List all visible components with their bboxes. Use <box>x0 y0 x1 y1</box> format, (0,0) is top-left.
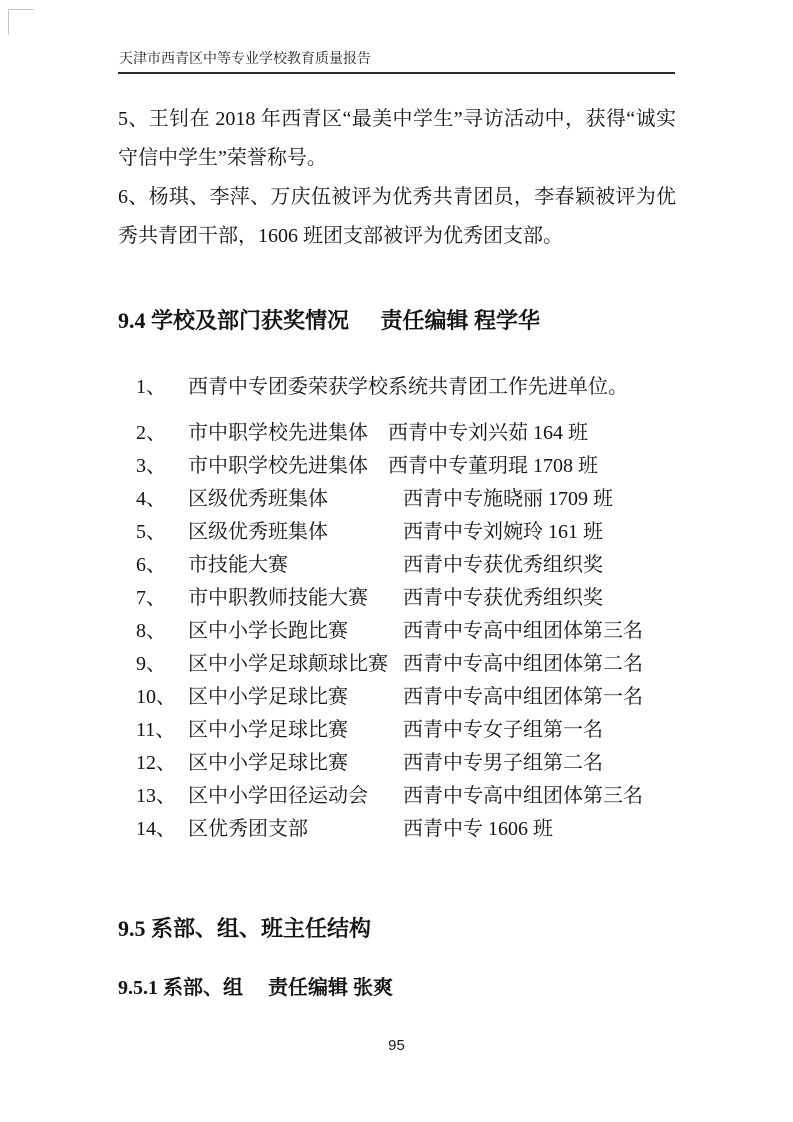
paragraph-item-5: 5、王钊在 2018 年西青区“最美中学生”寻访活动中，获得“诚实守信中学生”荣… <box>118 100 676 178</box>
section-9-5-1-heading: 9.5.1 系部、组 责任编辑 张爽 <box>118 974 393 1003</box>
body-paragraphs: 5、王钊在 2018 年西青区“最美中学生”寻访活动中，获得“诚实守信中学生”荣… <box>118 100 676 256</box>
section-9-4-title: 9.4 学校及部门获奖情况 <box>118 308 349 333</box>
award-name: 区中小学足球比赛 <box>188 681 403 714</box>
award-row: 3、 市中职学校先进集体 西青中专董玥琨 1708 班 <box>136 450 696 483</box>
award-name: 区中小学长跑比赛 <box>188 615 403 648</box>
award-row: 13、 区中小学田径运动会 西青中专高中组团体第三名 <box>136 780 696 813</box>
award-number: 2、 <box>136 417 188 450</box>
award-name: 区级优秀班集体 <box>188 516 403 549</box>
award-number: 1、 <box>136 371 188 404</box>
award-name: 西青中专团委荣获学校系统共青团工作先进单位。 <box>188 371 696 404</box>
section-9-5-heading: 9.5 系部、组、班主任结构 <box>118 913 371 944</box>
award-recipient: 西青中专董玥琨 1708 班 <box>388 450 696 483</box>
award-name: 市中职教师技能大赛 <box>188 582 403 615</box>
award-recipient: 西青中专男子组第二名 <box>403 747 696 780</box>
award-number: 3、 <box>136 450 188 483</box>
award-row: 14、 区优秀团支部 西青中专 1606 班 <box>136 813 696 846</box>
award-row: 6、 市技能大赛 西青中专获优秀组织奖 <box>136 549 696 582</box>
section-9-4-heading: 9.4 学校及部门获奖情况 责任编辑 程学华 <box>118 305 540 336</box>
award-number: 14、 <box>136 813 188 846</box>
award-number: 10、 <box>136 681 188 714</box>
award-number: 4、 <box>136 483 188 516</box>
header-rule <box>118 72 675 74</box>
award-row: 9、 区中小学足球颠球比赛 西青中专高中组团体第二名 <box>136 648 696 681</box>
award-name: 区中小学足球比赛 <box>188 747 403 780</box>
award-name: 市中职学校先进集体 <box>188 450 388 483</box>
award-recipient: 西青中专刘婉玲 161 班 <box>403 516 696 549</box>
award-name: 市技能大赛 <box>188 549 403 582</box>
award-number: 12、 <box>136 747 188 780</box>
award-recipient: 西青中专高中组团体第三名 <box>403 615 696 648</box>
award-row: 1、 西青中专团委荣获学校系统共青团工作先进单位。 <box>136 371 696 404</box>
page-number: 95 <box>388 1037 405 1054</box>
award-row: 12、 区中小学足球比赛 西青中专男子组第二名 <box>136 747 696 780</box>
award-row: 4、 区级优秀班集体 西青中专施晓丽 1709 班 <box>136 483 696 516</box>
awards-list: 1、 西青中专团委荣获学校系统共青团工作先进单位。 2、 市中职学校先进集体 西… <box>136 371 696 846</box>
award-name: 区中小学足球颠球比赛 <box>188 648 403 681</box>
award-row: 10、 区中小学足球比赛 西青中专高中组团体第一名 <box>136 681 696 714</box>
award-row: 11、 区中小学足球比赛 西青中专女子组第一名 <box>136 714 696 747</box>
award-recipient: 西青中专高中组团体第三名 <box>403 780 696 813</box>
award-row: 8、 区中小学长跑比赛 西青中专高中组团体第三名 <box>136 615 696 648</box>
award-name: 区优秀团支部 <box>188 813 403 846</box>
section-9-4-editor: 责任编辑 程学华 <box>381 308 541 333</box>
award-recipient: 西青中专施晓丽 1709 班 <box>403 483 696 516</box>
award-row: 7、 市中职教师技能大赛 西青中专获优秀组织奖 <box>136 582 696 615</box>
award-number: 6、 <box>136 549 188 582</box>
page-corner-mark-vertical <box>8 9 9 35</box>
section-9-5-1-editor: 责任编辑 张爽 <box>268 977 393 999</box>
award-recipient: 西青中专刘兴茹 164 班 <box>388 417 696 450</box>
page-corner-mark-horizontal <box>8 9 34 10</box>
award-row: 5、 区级优秀班集体 西青中专刘婉玲 161 班 <box>136 516 696 549</box>
paragraph-item-6: 6、杨琪、李萍、万庆伍被评为优秀共青团员，李春颖被评为优秀共青团干部，1606 … <box>118 178 676 256</box>
award-number: 8、 <box>136 615 188 648</box>
award-recipient: 西青中专获优秀组织奖 <box>403 582 696 615</box>
award-name: 区中小学足球比赛 <box>188 714 403 747</box>
award-name: 区中小学田径运动会 <box>188 780 403 813</box>
section-9-5-1-title: 9.5.1 系部、组 <box>118 977 243 999</box>
award-number: 13、 <box>136 780 188 813</box>
award-recipient: 西青中专女子组第一名 <box>403 714 696 747</box>
award-number: 7、 <box>136 582 188 615</box>
award-row: 2、 市中职学校先进集体 西青中专刘兴茹 164 班 <box>136 417 696 450</box>
award-recipient: 西青中专获优秀组织奖 <box>403 549 696 582</box>
document-page: 天津市西青区中等专业学校教育质量报告 5、王钊在 2018 年西青区“最美中学生… <box>0 0 793 1122</box>
award-number: 9、 <box>136 648 188 681</box>
award-number: 11、 <box>136 714 188 747</box>
award-recipient: 西青中专高中组团体第一名 <box>403 681 696 714</box>
award-recipient: 西青中专高中组团体第二名 <box>403 648 696 681</box>
page-footer: 95 <box>0 1037 793 1055</box>
award-recipient: 西青中专 1606 班 <box>403 813 696 846</box>
award-number: 5、 <box>136 516 188 549</box>
page-header-title: 天津市西青区中等专业学校教育质量报告 <box>119 52 371 68</box>
award-name: 市中职学校先进集体 <box>188 417 388 450</box>
award-name: 区级优秀班集体 <box>188 483 403 516</box>
